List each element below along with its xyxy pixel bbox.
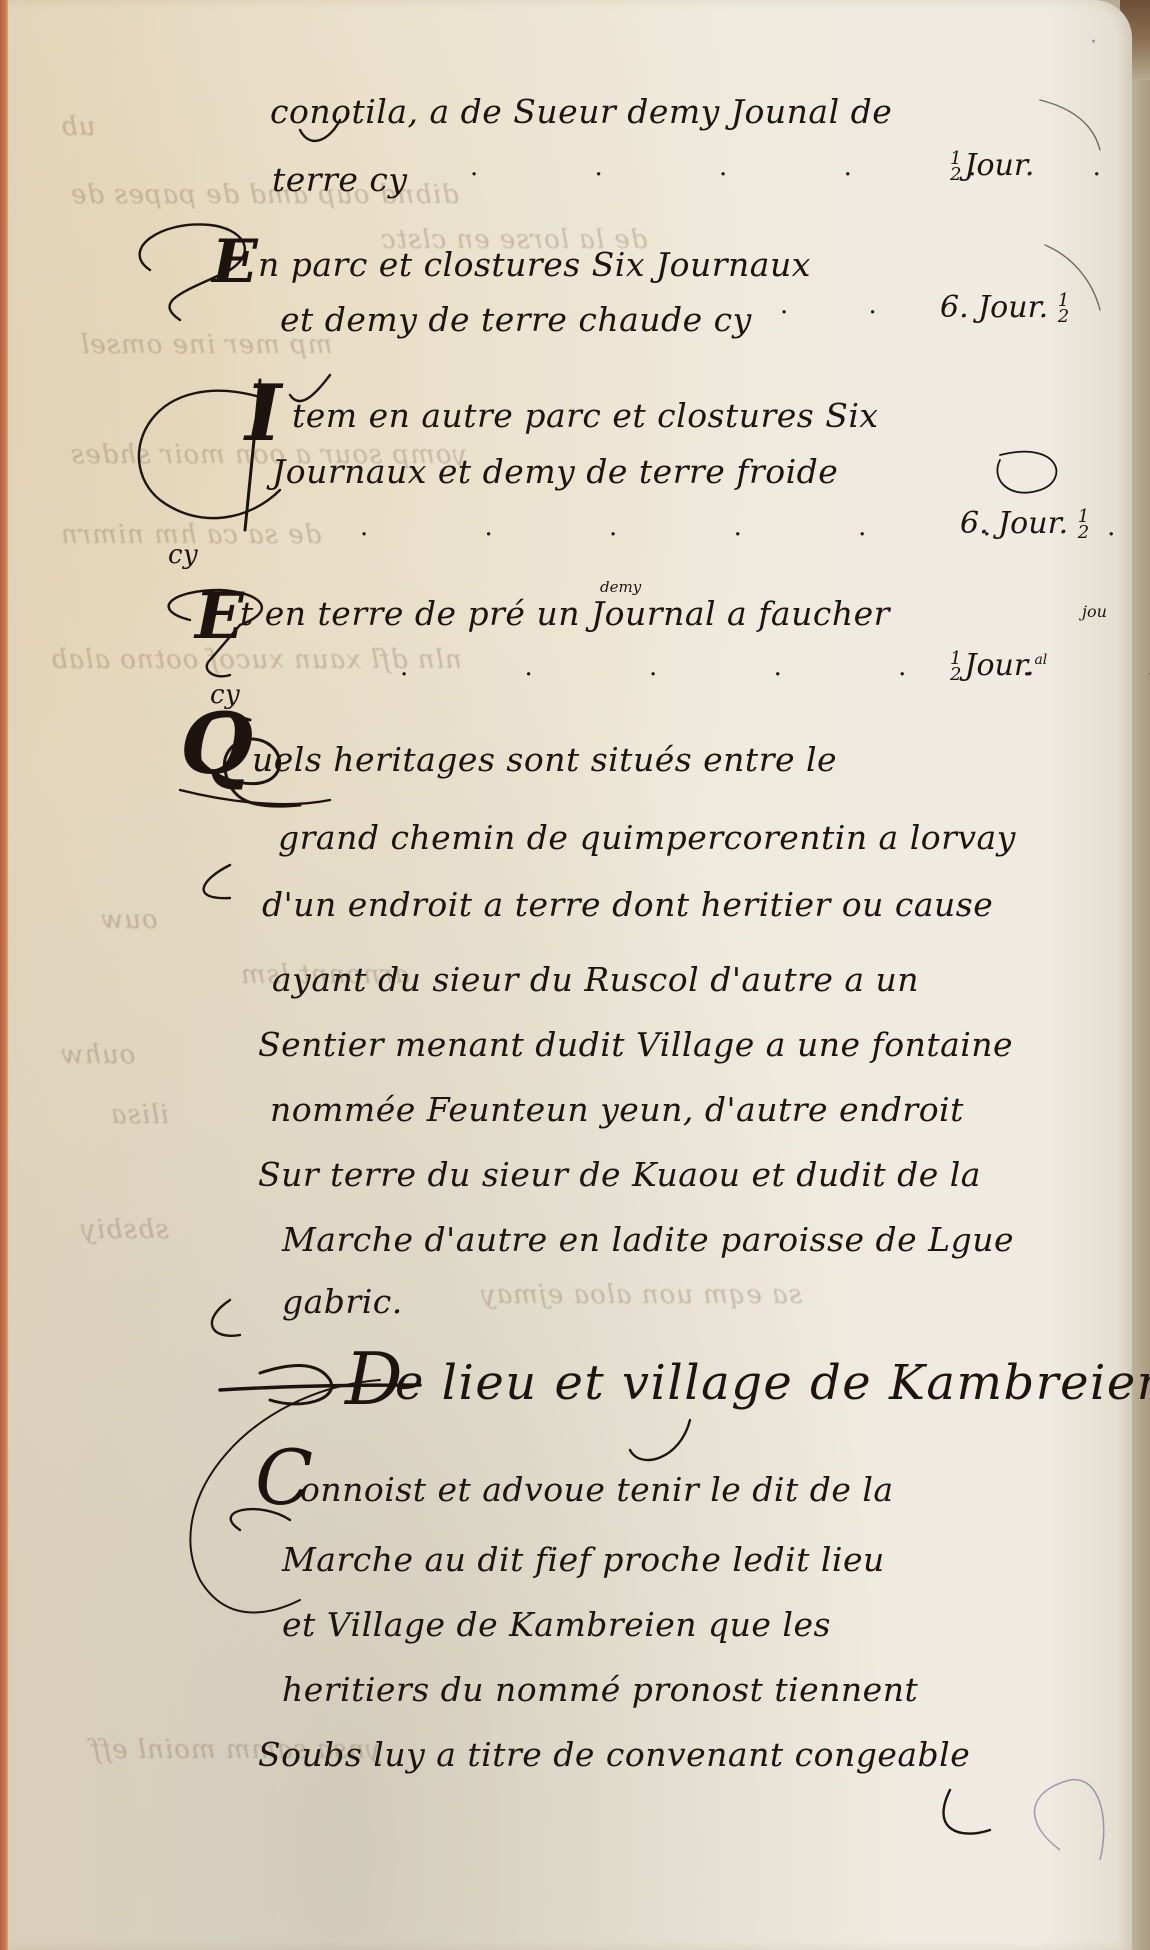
manuscript-line: et Village de Kambreien que les [282, 1605, 831, 1644]
manuscript-line: heritiers du nommé pronost tiennent [282, 1670, 918, 1709]
bleed-through-text: ouhw [60, 1040, 135, 1070]
manuscript-line: cy [168, 540, 198, 570]
manuscript-line: t en terre de pré un Journal a faucher [240, 594, 890, 633]
amount-unit: 6. Jour. [960, 506, 1068, 541]
manuscript-line: Sur terre du sieur de Kuaou et dudit de … [258, 1155, 981, 1194]
manuscript-line: Marche au dit fief proche ledit lieu [282, 1540, 885, 1579]
amount-entry: 1 2 Jour. [950, 148, 1034, 183]
bleed-through-text: ub [60, 112, 95, 142]
amount-unit: Jour. [964, 648, 1034, 683]
amount-fraction: 1 2 [950, 151, 961, 183]
manuscript-line: Marche d'autre en ladite paroisse de Lgu… [282, 1220, 1014, 1259]
manuscript-line: Soubs luy a titre de convenant congeable [258, 1735, 970, 1774]
manuscript-line: n parc et clostures Six Journaux [258, 245, 811, 284]
margin-note: jou [1082, 602, 1107, 621]
leader-dots: · · [780, 298, 913, 328]
manuscript-line: Journaux et demy de terre froide [272, 452, 838, 491]
amount-entry: 1 2 Jour.al [950, 648, 1047, 683]
bleed-through-text: sbsbiy [80, 1215, 169, 1245]
bleed-through-text: sa eqm uon aloa ejmay [480, 1280, 802, 1310]
initial-letter: I [245, 375, 282, 453]
amount-unit: 6. Jour. [940, 290, 1048, 325]
bleed-through-text: ilisa [110, 1100, 169, 1130]
manuscript-line: onnoist et advoue tenir le dit de la [300, 1470, 894, 1509]
manuscript-line: et demy de terre chaude cy [280, 300, 752, 339]
manuscript-line: terre cy [272, 160, 407, 199]
manuscript-line: uels heritages sont situés entre le [252, 740, 837, 779]
amount-fraction: 1 2 [1078, 509, 1089, 541]
amount-entry: 6. Jour. 1 2 [940, 290, 1072, 325]
bleed-through-text: ouw [100, 905, 158, 935]
manuscript-line: d'un endroit a terre dont heritier ou ca… [262, 885, 993, 924]
manuscript-line: nommée Feunteun yeun, d'autre endroit [270, 1090, 964, 1129]
initial-letter: E [212, 232, 258, 292]
amount-fraction: 1 2 [950, 651, 961, 683]
amount-unit: Jour. [964, 148, 1034, 183]
amount-entry: 6. Jour. 1 2 [960, 506, 1092, 541]
pencil-mark: · [1090, 30, 1097, 55]
amount-suffix: al [1034, 652, 1047, 668]
manuscript-line: grand chemin de quimpercorentin a lorvay [278, 818, 1016, 857]
manuscript-line: gabric. [282, 1282, 403, 1321]
amount-fraction: 1 2 [1058, 293, 1069, 325]
initial-letter: E [195, 585, 244, 649]
manuscript-line: conotila, a de Sueur demy Jounal de [270, 92, 892, 131]
section-heading: e lieu et village de Kambreien [395, 1355, 1150, 1411]
manuscript-line: Sentier menant dudit Village a une fonta… [258, 1025, 1013, 1064]
initial-letter: Q [180, 702, 253, 786]
leader-dots: · · · · · · · [470, 160, 1150, 190]
manuscript-line: ayant du sieur du Ruscol d'autre a un [272, 960, 919, 999]
manuscript-line: tem en autre parc et clostures Six [292, 396, 879, 435]
